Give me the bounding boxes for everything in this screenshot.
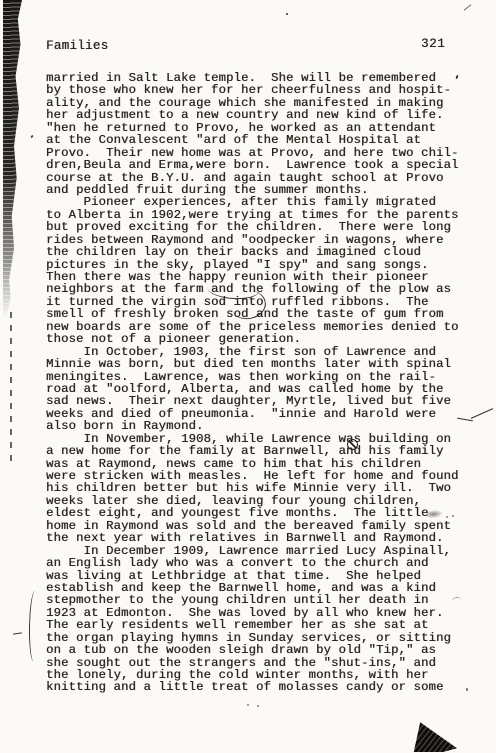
pencil-mark	[451, 596, 461, 605]
text-line: Minnie was born, but died ten months lat…	[46, 358, 458, 370]
text-line: sad news. Their next daughter, Myrtle, l…	[46, 395, 458, 407]
text-line: eldest eight, and youngest five months. …	[46, 507, 458, 519]
body-text: married in Salt Lake temple. She will be…	[46, 72, 458, 694]
scan-speck	[466, 688, 468, 691]
text-line: a new home for the family at Barnwell, a…	[46, 445, 458, 457]
pen-margin-bracket	[28, 591, 40, 662]
text-line: The early residents well remember her as…	[46, 619, 458, 631]
scan-speck	[257, 705, 259, 707]
text-line: also born in Raymond.	[46, 420, 458, 432]
page-number: 321	[421, 37, 445, 51]
text-line: but proved exciting for the children. Th…	[46, 221, 458, 233]
scan-binding-edge	[3, 0, 22, 318]
scan-speck	[286, 13, 288, 15]
text-line: the next year with relatives in Barnwell…	[46, 532, 458, 544]
page-header-title: Families	[46, 39, 108, 53]
scan-speck	[247, 704, 249, 706]
text-line: dren,Beula and Erma,were born. Lawrence …	[46, 159, 458, 171]
scan-speck	[30, 135, 33, 139]
pen-margin-dash	[13, 632, 22, 634]
text-line: those not of a pioneer generation.	[46, 333, 458, 345]
pen-check-annotation	[471, 408, 493, 419]
text-line: her adjustment to a new country and new …	[46, 109, 458, 121]
scan-speck	[452, 515, 454, 517]
text-line: on a tub on the wooden sleigh drawn by o…	[46, 644, 458, 656]
scan-speck	[464, 4, 472, 10]
overstrike-correction-mark	[347, 439, 358, 450]
text-line: Pioneer experiences, after this family m…	[46, 196, 458, 208]
text-line: knitting and a little treat of molasses …	[46, 681, 458, 693]
text-line: by those who knew her for her cheerfulne…	[46, 84, 458, 96]
scan-speck	[446, 516, 448, 518]
text-line: his children better but his wife Minnie …	[46, 482, 458, 494]
text-line: the children lay on their backs and imag…	[46, 246, 458, 258]
text-line: stepmother to the young children until h…	[46, 594, 458, 606]
text-line: at the Convalescent "ard of the Mental H…	[46, 134, 458, 146]
text-line: an English lady who was a convert to the…	[46, 557, 458, 569]
scan-binding-edge-tail	[10, 312, 12, 462]
scan-corner-mark	[411, 721, 457, 752]
scan-smudge	[427, 509, 444, 519]
scanned-book-page: Families 321 married in Salt Lake temple…	[0, 0, 496, 753]
